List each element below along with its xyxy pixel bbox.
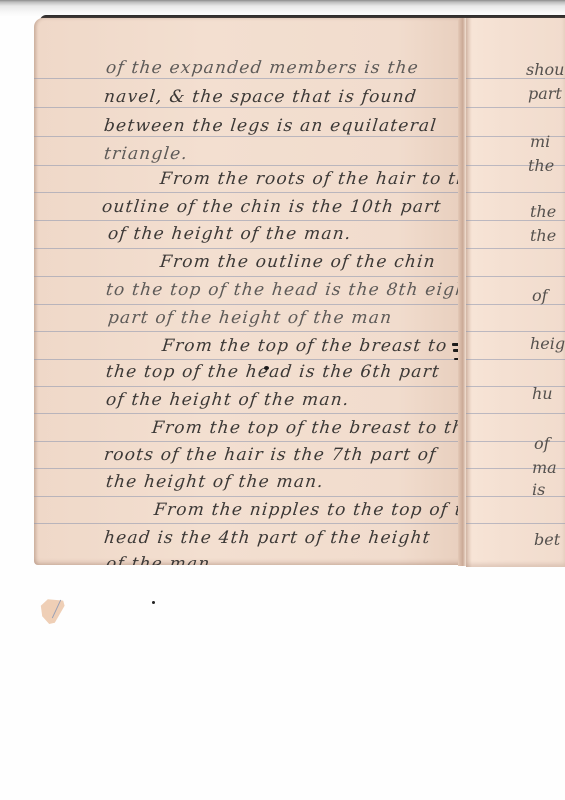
ruled-line (34, 413, 462, 414)
handwritten-line: the top of the head is the 6th part (105, 362, 441, 382)
handwritten-line: of the height of the man. (107, 224, 353, 244)
ruled-line (466, 496, 565, 497)
torn-paper-scrap (38, 598, 66, 624)
handwritten-line: of the height of the man. (105, 390, 351, 410)
ruled-line (466, 331, 565, 332)
ruled-line (34, 523, 462, 524)
handwritten-fragment: of (532, 286, 548, 305)
ruled-line (466, 304, 565, 305)
handwritten-fragment: the (530, 226, 556, 245)
handwritten-line: head is the 4th part of the height (103, 528, 432, 548)
ruled-line (34, 331, 462, 332)
handwritten-fragment: the (528, 156, 554, 175)
ruled-line (34, 248, 462, 249)
ruled-line (466, 359, 565, 360)
ruled-line (34, 496, 462, 497)
handwritten-fragment: bet (534, 530, 560, 549)
ruled-line (34, 468, 462, 469)
handwritten-line: From the top of the breast to the (151, 418, 462, 438)
ink-blot (264, 366, 269, 370)
ruled-line (34, 192, 462, 193)
handwritten-line: between the legs is an equilateral (103, 116, 438, 136)
handwritten-line: of the expanded members is the (105, 58, 420, 78)
ruled-line (466, 248, 565, 249)
handwritten-line: From the roots of the hair to the (159, 169, 462, 189)
handwritten-fragment: part (528, 84, 562, 103)
handwritten-fragment: hu (532, 384, 553, 403)
handwritten-fragment: of (534, 434, 550, 453)
ruled-line (34, 304, 462, 305)
ruled-line (34, 220, 462, 221)
ruled-line (34, 441, 462, 442)
handwritten-line: roots of the hair is the 7th part of (103, 445, 438, 465)
handwritten-fragment: the (530, 202, 556, 221)
ruled-line (466, 441, 565, 442)
handwritten-line: to the top of the head is the 8th eighth (105, 280, 462, 300)
dust-speck (152, 601, 155, 604)
ruled-line (466, 413, 565, 414)
handwritten-line: From the nipples to the top of the (153, 500, 462, 520)
handwritten-line: From the outline of the chin (159, 252, 437, 272)
ruled-line (34, 107, 462, 108)
ruled-line (34, 78, 462, 79)
ruled-line (466, 192, 565, 193)
handwritten-fragment: ma (532, 458, 557, 477)
handwritten-fragment: mi (530, 132, 550, 151)
handwritten-line: the height of the man. (105, 472, 325, 492)
scanner-top-shadow (0, 0, 565, 16)
right-notebook-page: shou part mi the the the of heig hu of m… (466, 18, 565, 567)
handwritten-line: navel, & the space that is found (103, 87, 418, 107)
handwritten-line: From the top of the breast to (161, 336, 449, 356)
left-notebook-page: of the expanded members is the navel, & … (34, 18, 462, 565)
handwritten-line: of the man. (105, 554, 218, 565)
ruled-line (34, 276, 462, 277)
ruled-line (466, 523, 565, 524)
handwritten-fragment: shou (526, 60, 564, 79)
handwritten-fragment: is (532, 480, 545, 499)
ruled-line (34, 136, 462, 137)
handwritten-line: outline of the chin is the 10th part (101, 197, 443, 217)
ruled-line (34, 386, 462, 387)
ruled-line (466, 276, 565, 277)
handwritten-fragment: heig (530, 334, 565, 353)
ruled-line (34, 165, 462, 166)
ruled-line (466, 107, 565, 108)
handwritten-line: part of the height of the man (107, 308, 393, 328)
ruled-line (34, 359, 462, 360)
handwritten-line: triangle. (103, 144, 189, 164)
